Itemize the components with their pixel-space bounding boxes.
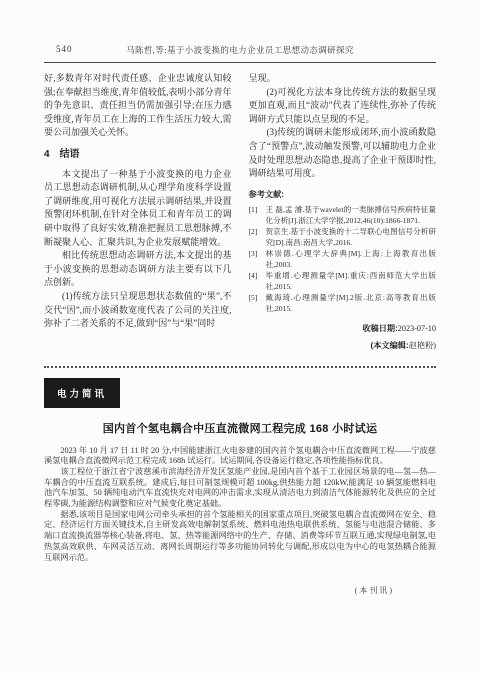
page-header: 540 马陈哲,等:基于小波变换的电力企业员工思想动态调研探究 — [44, 44, 436, 63]
news-paragraph: 据悉,该项目是国家电网公司牵头承担的首个氢能相关的国家重点项目,突破氢电耦合直流… — [44, 510, 436, 564]
paragraph: 好,多数青年对时代责任感、企业忠诚度认知较强;在奉献担当维度,青年值较低,表明小… — [44, 72, 232, 140]
reference-text: 林崇德.心理学大辞典[M].上海:上海教育出版社,2003. — [266, 248, 437, 270]
reference-label: [4] — [249, 270, 266, 292]
section-number: 4 — [44, 149, 50, 160]
running-title: 马陈哲,等:基于小波变换的电力企业员工思想动态调研探究 — [44, 44, 436, 56]
paragraph: 相比传统思想动态调研方法,本文提出的基于小波变换的思想动态调研方法主要有以下几点… — [44, 249, 232, 290]
news-section: 电力简讯 国内首个氢电耦合中压直流微网工程完成 168 小时试运 2023 年 … — [44, 368, 436, 597]
news-title: 国内首个氢电耦合中压直流微网工程完成 168 小时试运 — [44, 420, 436, 436]
reference-text: 毕重增.心理测量学[M].重庆:西南师范大学出版社,2015. — [266, 270, 437, 292]
news-body: 2023 年 10 月 17 日 11 时 20 分,中国能建浙江火电参建的国内… — [44, 446, 436, 564]
reference-item: [1] 王 磊,孟 濬.基于wavelet的一类脉搏信号疾病特征量化分析[J].… — [249, 204, 437, 226]
paragraph: (3)传统的调研未能形成闭环,而小波函数隐含了“预警点”,波动触发预警,可以辅助… — [249, 126, 437, 180]
paragraph: (2)可视化方法本身比传统方法的数据呈现更加直观,而且“波动”代表了连续性,弥补… — [249, 86, 437, 127]
reference-item: [4] 毕重增.心理测量学[M].重庆:西南师范大学出版社,2015. — [249, 270, 437, 292]
editor-note-label: (本文编辑: — [371, 341, 409, 350]
reference-item: [3] 林崇德.心理学大辞典[M].上海:上海教育出版社,2003. — [249, 248, 437, 270]
editor-note: (本文编辑:赵艳粉) — [249, 339, 437, 353]
reference-text: 王 磊,孟 濬.基于wavelet的一类脉搏信号疾病特征量化分析[J].浙江大学… — [266, 204, 437, 226]
article-columns: 好,多数青年对时代责任感、企业忠诚度认知较强;在奉献担当维度,青年值较低,表明小… — [44, 72, 436, 353]
news-paragraph: 该工程位于浙江省宁波慈溪市滨海经济开发区氢能产业园,是国内首个基于工业园区场景的… — [44, 467, 436, 510]
journal-page: 540 马陈哲,等:基于小波变换的电力企业员工思想动态调研探究 好,多数青年对时… — [0, 0, 480, 673]
paragraph: 本文提出了一种基于小波变换的电力企业员工思想动态调研机制,从心理学角度科学设置了… — [44, 168, 232, 250]
reference-text: 贺京生.基于小波变换的十二导联心电图信号分析研究[D].南昌:南昌大学,2016… — [266, 226, 437, 248]
reference-label: [3] — [249, 248, 266, 270]
received-date-label: 收稿日期: — [362, 324, 397, 333]
received-date-line: 收稿日期:2023-07-10 — [249, 322, 437, 336]
reference-item: [5] 戴海琦.心理测量学[M].2版.北京:高等教育出版社,2015. — [249, 292, 437, 314]
news-badge: 电力简讯 — [44, 378, 120, 408]
reference-item: [2] 贺京生.基于小波变换的十二导联心电图信号分析研究[D].南昌:南昌大学,… — [249, 226, 437, 248]
left-column: 好,多数青年对时代责任感、企业忠诚度认知较强;在奉献担当维度,青年值较低,表明小… — [44, 72, 232, 353]
reference-label: [1] — [249, 204, 266, 226]
references-heading: 参考文献: — [249, 188, 437, 202]
reference-label: [5] — [249, 292, 266, 314]
section-heading: 4结语 — [44, 148, 232, 162]
reference-label: [2] — [249, 226, 266, 248]
received-date-value: 2023-07-10 — [398, 324, 436, 333]
reference-text: 戴海琦.心理测量学[M].2版.北京:高等教育出版社,2015. — [266, 292, 437, 314]
paragraph: (1)传统方法只呈现思想状态数值的“果”,不交代“因”,而小波函数宽度代表了公司… — [44, 290, 232, 331]
news-byline: (本刊讯) — [44, 585, 436, 596]
paragraph: 呈现。 — [249, 72, 437, 86]
page-content: 540 马陈哲,等:基于小波变换的电力企业员工思想动态调研探究 好,多数青年对时… — [44, 0, 436, 596]
right-column: 呈现。 (2)可视化方法本身比传统方法的数据呈现更加直观,而且“波动”代表了连续… — [249, 72, 437, 353]
editor-name: 赵艳粉) — [409, 341, 436, 350]
news-paragraph: 2023 年 10 月 17 日 11 时 20 分,中国能建浙江火电参建的国内… — [44, 446, 436, 467]
page-number: 540 — [56, 44, 73, 54]
section-title: 结语 — [60, 149, 80, 160]
